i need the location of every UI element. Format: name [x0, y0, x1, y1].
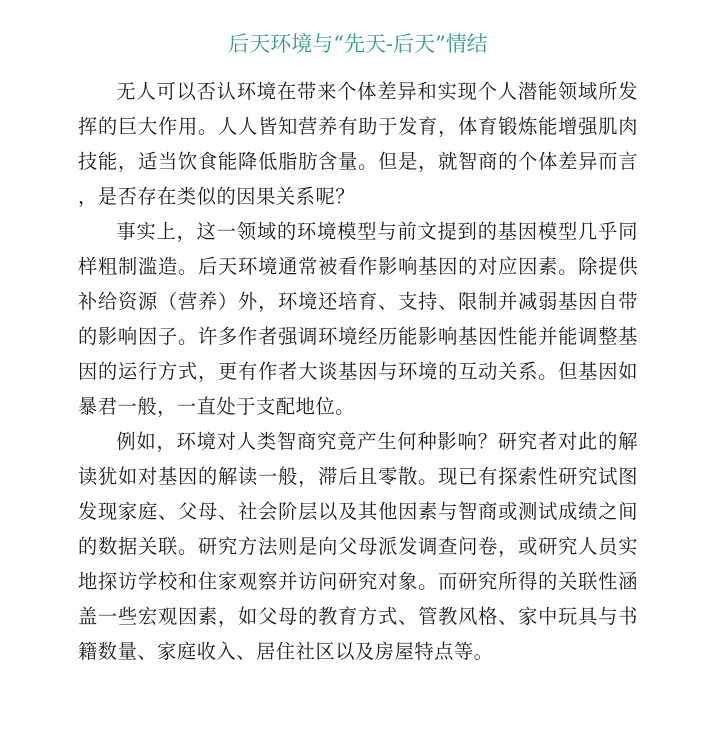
text-line: 样粗制滥造。后天环境通常被看作影响基因的对应因素。除提供: [78, 249, 638, 284]
text-line: 的影响因子。许多作者强调环境经历能影响基因性能并能调整基: [78, 319, 638, 354]
text-line: 因的运行方式，更有作者大谈基因与环境的互动关系。但基因如: [78, 354, 638, 389]
text-line: 技能，适当饮食能降低脂肪含量。但是，就智商的个体差异而言: [78, 144, 638, 179]
text-line: 读犹如对基因的解读一般，滞后且零散。现已有探索性研究试图: [78, 459, 638, 494]
text-line: 发现家庭、父母、社会阶层以及其他因素与智商或测试成绩之间: [78, 494, 638, 529]
paragraph-3: 例如，环境对人类智商究竟产生何种影响？研究者对此的解 读犹如对基因的解读一般，滞…: [78, 424, 638, 669]
paragraph-1: 无人可以否认环境在带来个体差异和实现个人潜能领域所发 挥的巨大作用。人人皆知营养…: [78, 74, 638, 214]
text-line: 无人可以否认环境在带来个体差异和实现个人潜能领域所发: [78, 74, 638, 109]
text-line: ，是否存在类似的因果关系呢？: [78, 179, 638, 214]
paragraph-2: 事实上，这一领域的环境模型与前文提到的基因模型几乎同 样粗制滥造。后天环境通常被…: [78, 214, 638, 424]
document-page: 后天环境与“先天-后天”情结 无人可以否认环境在带来个体差异和实现个人潜能领域所…: [78, 28, 638, 669]
text-line: 例如，环境对人类智商究竟产生何种影响？研究者对此的解: [78, 424, 638, 459]
text-line: 地探访学校和住家观察并访问研究对象。而研究所得的关联性涵: [78, 564, 638, 599]
document-title: 后天环境与“先天-后天”情结: [78, 28, 638, 60]
text-line: 的数据关联。研究方法则是向父母派发调查问卷，或研究人员实: [78, 529, 638, 564]
text-line: 事实上，这一领域的环境模型与前文提到的基因模型几乎同: [78, 214, 638, 249]
text-line: 暴君一般，一直处于支配地位。: [78, 389, 638, 424]
text-line: 盖一些宏观因素，如父母的教育方式、管教风格、家中玩具与书: [78, 599, 638, 634]
text-line: 补给资源（营养）外，环境还培育、支持、限制并减弱基因自带: [78, 284, 638, 319]
text-line: 籍数量、家庭收入、居住社区以及房屋特点等。: [78, 634, 638, 669]
text-line: 挥的巨大作用。人人皆知营养有助于发育，体育锻炼能增强肌肉: [78, 109, 638, 144]
